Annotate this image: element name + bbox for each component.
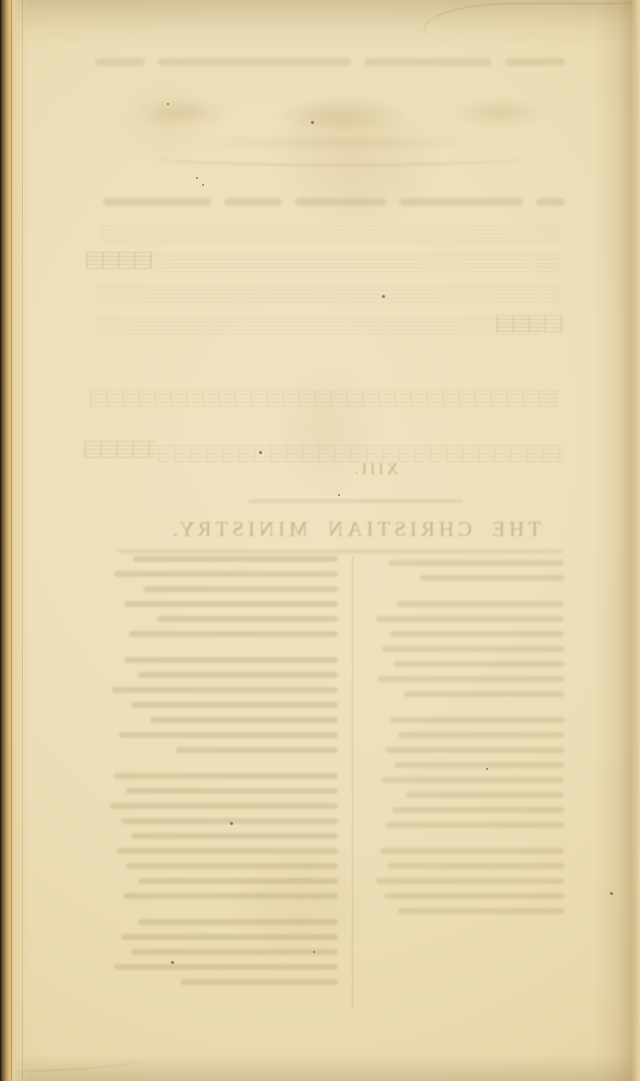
ghost-verse-line [390, 717, 564, 723]
ghost-stanza [100, 773, 338, 899]
ghost-verse-line [124, 601, 338, 607]
ghost-stanza [364, 560, 564, 581]
ghost-stanza [100, 919, 338, 985]
ghost-verse-line [382, 646, 564, 652]
ghost-verse-column-right [364, 560, 564, 934]
ghost-verse-line [386, 747, 564, 753]
ghost-verse-line [124, 657, 338, 663]
ghost-section-title: THE CHRISTIAN MINISTRY. [138, 517, 572, 542]
ghost-text-smudge [158, 58, 351, 66]
ghost-verse-line [157, 616, 338, 622]
ghost-verse-line [126, 788, 338, 794]
ghost-subtitle-line [118, 549, 563, 554]
ghost-text-smudge [103, 198, 211, 206]
ghost-caption-line [103, 198, 565, 206]
ghost-verse-line [398, 908, 564, 914]
foxing-speck [382, 295, 385, 298]
ghost-text-smudge [505, 58, 565, 66]
ghost-verse-line [378, 676, 564, 682]
ghost-verse-line [129, 631, 338, 637]
ghost-verse-line [420, 575, 564, 581]
foxing-stain [250, 345, 400, 515]
ghost-stanza [100, 657, 338, 753]
ghost-staff [95, 286, 560, 303]
ghost-verse-line [398, 732, 564, 738]
ghost-verse-line [124, 893, 338, 899]
foxing-speck [338, 494, 340, 496]
ghost-staff [100, 225, 560, 242]
ghost-verse-line [114, 964, 338, 970]
ghost-verse-line [131, 833, 338, 839]
ghost-verse-line [133, 556, 338, 562]
ghost-verse-line [131, 949, 338, 955]
ghost-verse-line [119, 732, 338, 738]
ghost-verse-line [386, 822, 564, 828]
ghost-verse-column-left [100, 556, 338, 1005]
ghost-verse-line [376, 878, 564, 884]
ghost-stanza [364, 717, 564, 828]
foxing-speck [313, 951, 315, 953]
ghost-staff [90, 390, 560, 407]
ghost-verse-line [394, 661, 564, 667]
ghost-ornament-swash [150, 148, 530, 166]
ghost-text-smudge [224, 198, 282, 206]
ghost-verse-line [131, 702, 338, 708]
ghost-verse-line [390, 631, 564, 637]
foxing-speck [171, 961, 174, 964]
ghost-staff [95, 318, 540, 335]
ghost-verse-line [112, 687, 338, 693]
ghost-text-smudge [364, 58, 492, 66]
scanned-book-spread: XIII. THE CHRISTIAN MINISTRY. [0, 0, 640, 1081]
ghost-verse-line [138, 672, 338, 678]
ghost-verse-line [176, 747, 338, 753]
ghost-text-smudge [295, 198, 386, 206]
ghost-verse-line [114, 571, 338, 577]
book-page: XIII. THE CHRISTIAN MINISTRY. [0, 0, 640, 1081]
ghost-verse-line [388, 560, 564, 566]
ghost-verse-line [380, 848, 564, 854]
ghost-staff [158, 445, 563, 462]
ghost-verse-line [392, 807, 564, 813]
ghost-verse-line [138, 878, 338, 884]
ghost-verse-line [404, 691, 564, 697]
ghost-staff [496, 315, 564, 332]
ghost-text-smudge [536, 198, 565, 206]
ghost-verse-line [138, 919, 338, 925]
ghost-verse-line [382, 777, 564, 783]
foxing-speck [259, 451, 262, 454]
ghost-verse-line [143, 586, 338, 592]
ghost-verse-line [121, 934, 338, 940]
ghost-verse-line [396, 601, 564, 607]
ghost-verse-line [181, 979, 338, 985]
foxing-speck [202, 184, 204, 186]
page-right-edge [594, 0, 640, 1081]
ghost-text-smudge [399, 198, 523, 206]
ghost-verse-line [114, 773, 338, 779]
ghost-verse-line [384, 893, 564, 899]
ghost-staff [150, 255, 560, 272]
ghost-running-head [95, 58, 565, 66]
ghost-stanza [364, 601, 564, 697]
book-page-edges-left [0, 0, 30, 1081]
foxing-speck [311, 121, 314, 124]
foxing-speck [196, 177, 198, 179]
ghost-column-rule [352, 556, 353, 1008]
ghost-verse-line [376, 616, 564, 622]
ghost-ornament [118, 86, 562, 150]
ghost-verse-line [150, 717, 338, 723]
ghost-verse-line [110, 803, 338, 809]
foxing-speck [167, 103, 169, 105]
ghost-verse-line [394, 762, 564, 768]
ghost-stanza [364, 848, 564, 914]
foxing-speck [486, 768, 488, 770]
ghost-staff [84, 441, 156, 458]
ghost-verse-line [126, 863, 338, 869]
page-edge-line-faint [22, 0, 23, 1081]
ghost-scripture-line [248, 499, 463, 503]
ghost-staff [86, 252, 152, 269]
page-edge-line [11, 0, 12, 1081]
ghost-stanza [100, 556, 338, 637]
ghost-verse-line [117, 848, 338, 854]
ghost-text-smudge [95, 58, 145, 66]
ghost-verse-line [406, 792, 564, 798]
ghost-chapter-number: XIII. [300, 461, 450, 479]
ghost-verse-line [388, 863, 564, 869]
foxing-speck [230, 822, 233, 825]
